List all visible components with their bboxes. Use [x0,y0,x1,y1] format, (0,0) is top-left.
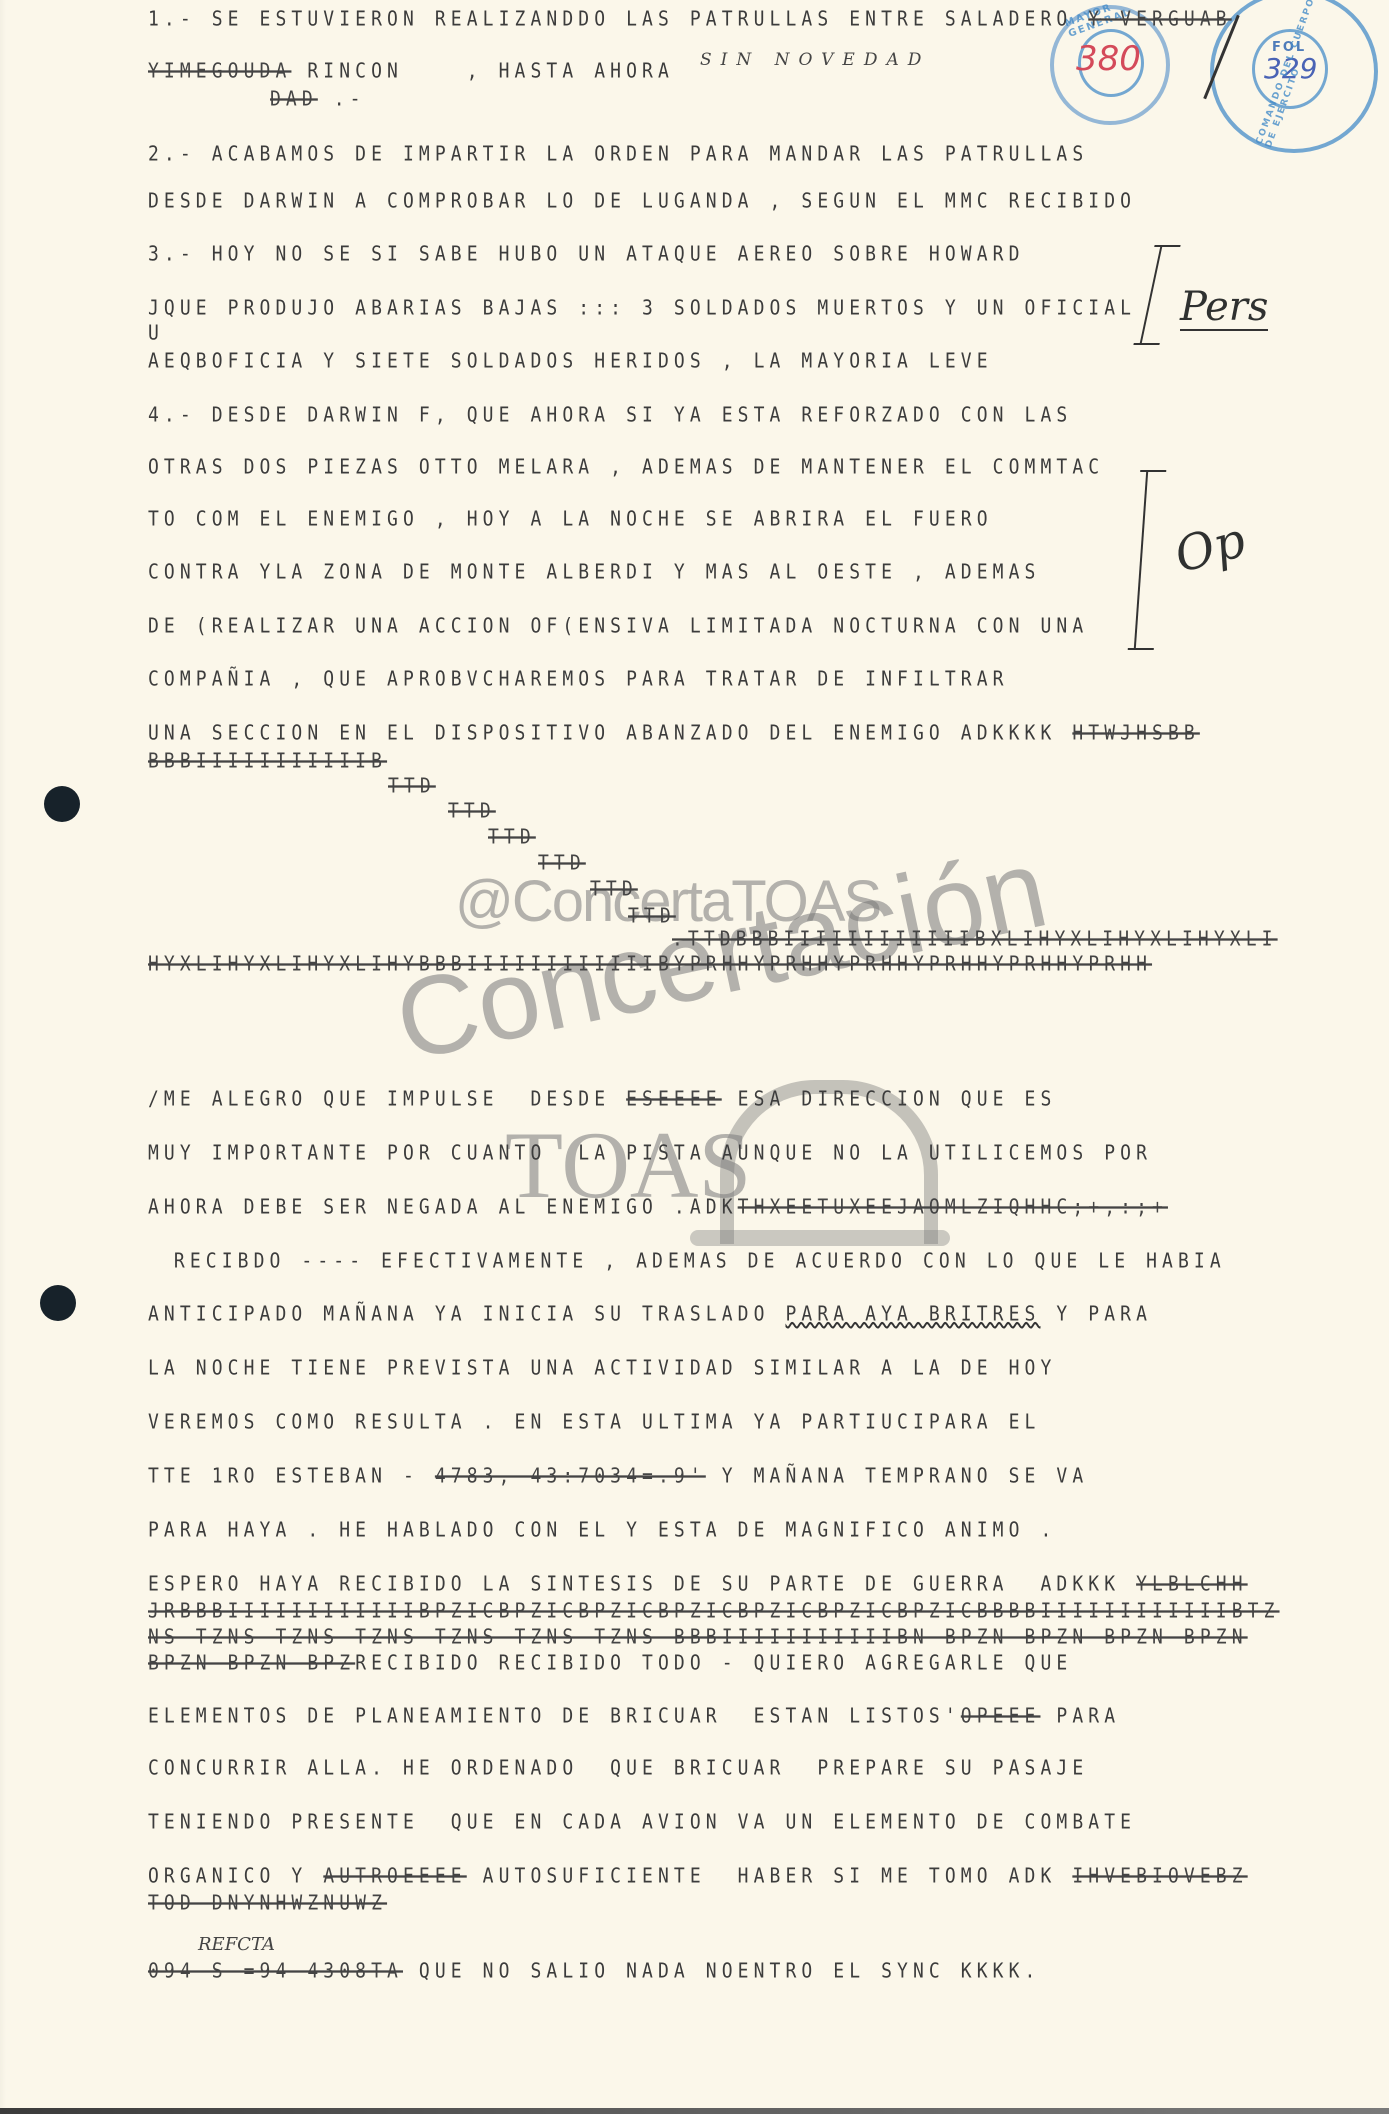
margin-note-pers: Pers [1180,285,1268,331]
punch-hole-bottom [40,1285,76,1321]
typed-line: TTD [628,905,676,928]
line-text: QUE NO SALIO NADA NOENTRO EL SYNC KKKK. [403,1959,1040,1983]
struck-text: AUTROEEEE [323,1864,466,1888]
typed-line: AEQBOFICIA Y SIETE SOLDADOS HERIDOS , LA… [148,350,993,373]
punch-hole-top [44,786,80,822]
typed-line: DE (REALIZAR UNA ACCION OF(ENSIVA LIMITA… [148,615,1088,638]
struck-text: .TTDBBBIIIIIIIIIIIIBXLIHYXLIHYXLIHYXLI [672,927,1278,951]
struck-text: DAD [270,87,318,111]
line-text: JQUE PRODUJO ABARIAS BAJAS ::: 3 SOLDADO… [148,296,1136,320]
line-text: ESPERO HAYA RECIBIDO LA SINTESIS DE SU P… [148,1572,1136,1596]
struck-text: 094 S-=94 4308TA [148,1959,403,1983]
line-text: TTE 1RO ESTEBAN - [148,1464,435,1488]
line-text: ELEMENTOS DE PLANEAMIENTO DE BRICUAR EST… [148,1704,961,1728]
line-text: OTRAS DOS PIEZAS OTTO MELARA , ADEMAS DE… [148,455,1104,479]
line-text: Y PARA [1040,1302,1152,1326]
line-text: CONCURRIR ALLA. HE ORDENADO QUE BRICUAR … [148,1756,1088,1780]
margin-note-op: Op [1169,512,1251,584]
line-text: 2.- ACABAMOS DE IMPARTIR LA ORDEN PARA M… [148,142,1088,166]
typed-line: CONTRA YLA ZONA DE MONTE ALBERDI Y MAS A… [148,561,1040,584]
struck-text: TTD [488,825,536,849]
line-text: /ME ALEGRO QUE IMPULSE DESDE [148,1087,626,1111]
typed-line: HYXLIHYXLIHYXLIHYBBBIIIIIIIIIIIIBYPRHHYP… [148,953,1152,976]
struck-text: Y VERGUAB [1088,7,1231,31]
typed-line: JQUE PRODUJO ABARIAS BAJAS ::: 3 SOLDADO… [148,297,1136,320]
typed-line: U [148,322,164,345]
typed-line: COMPAÑIA , QUE APROBVCHAREMOS PARA TRATA… [148,668,1009,691]
typed-line: DESDE DARWIN A COMPROBAR LO DE LUGANDA ,… [148,190,1136,213]
struck-text: TTD [590,877,638,901]
line-text: Y MAÑANA TEMPRANO SE VA [706,1464,1089,1488]
struck-text: TTD [628,904,676,928]
stamp-left-number: 380 [1076,39,1141,79]
typed-line: TO COM EL ENEMIGO , HOY A LA NOCHE SE AB… [148,508,993,531]
line-text: PARA HAYA . HE HABLADO CON EL Y ESTA DE … [148,1518,1056,1542]
line-text: U [148,321,164,345]
typed-line: MUY IMPORTANTE POR CUANTO LA PISTA AUNQU… [148,1142,1152,1165]
line-text: 1.- SE ESTUVIERON REALIZANDDO LAS PATRUL… [148,7,1088,31]
struck-text: YIMEGOUDA [148,59,291,83]
margin-bracket-pers [1139,245,1162,345]
line-text: AEQBOFICIA Y SIETE SOLDADOS HERIDOS , LA… [148,349,993,373]
typed-line: TOD DNYNHWZNUWZ [148,1892,387,1915]
line-text: COMPAÑIA , QUE APROBVCHAREMOS PARA TRATA… [148,667,1009,691]
typed-line: TTD [538,852,586,875]
struck-text: HYXLIHYXLIHYXLIHYBBBIIIIIIIIIIIIBYPRHHYP… [148,952,1152,976]
scan-bottom-edge [0,2108,1389,2114]
line-text: RECIBIDO RECIBIDO TODO - QUIERO AGREGARL… [355,1651,1072,1675]
struck-text: TTD [388,774,436,798]
line-text: ESA DIRECCION QUE ES [722,1087,1057,1111]
typed-line: RECIBDO ---- EFECTIVAMENTE , ADEMAS DE A… [158,1250,1226,1273]
scanned-document-page: @ConcertaTOAS Concertación TOAS 380 MAYO… [0,0,1389,2114]
typed-line: 094 S-=94 4308TA QUE NO SALIO NADA NOENT… [148,1960,1040,1983]
typed-line: PARA HAYA . HE HABLADO CON EL Y ESTA DE … [148,1519,1056,1542]
typed-line: 4.- DESDE DARWIN F, QUE AHORA SI YA ESTA… [148,404,1072,427]
handwritten-sin-novedad: SIN NOVEDAD [700,50,930,70]
typed-line: ESPERO HAYA RECIBIDO LA SINTESIS DE SU P… [148,1573,1248,1596]
line-text: RINCON , HASTA AHORA [291,59,674,83]
typed-line: JRBBBIIIIIIIIIIIIBPZICBPZICBPZICBPZICBPZ… [148,1600,1280,1623]
line-text: AHORA DEBE SER NEGADA AL ENEMIGO .ADK [148,1195,738,1219]
line-text: 4.- DESDE DARWIN F, QUE AHORA SI YA ESTA… [148,403,1072,427]
line-text: TO COM EL ENEMIGO , HOY A LA NOCHE SE AB… [148,507,993,531]
typed-line: OTRAS DOS PIEZAS OTTO MELARA , ADEMAS DE… [148,456,1104,479]
line-text: TENIENDO PRESENTE QUE EN CADA AVION VA U… [148,1810,1136,1834]
struck-text: TTD [448,799,496,823]
struck-text: HTWJHSBB [1072,721,1200,745]
struck-text: TOD DNYNHWZNUWZ [148,1891,387,1915]
line-text: PARA [1040,1704,1120,1728]
struck-text: JRBBBIIIIIIIIIIIIBPZICBPZICBPZICBPZICBPZ… [148,1599,1280,1623]
line-text: RECIBDO ---- EFECTIVAMENTE , ADEMAS DE A… [158,1249,1226,1273]
typed-line: TENIENDO PRESENTE QUE EN CADA AVION VA U… [148,1811,1136,1834]
typed-line: BPZN BPZN BPZRECIBIDO RECIBIDO TODO - QU… [148,1652,1072,1675]
typed-line: TTE 1RO ESTEBAN - 4783, 43:7034=.9' Y MA… [148,1465,1088,1488]
typed-line: .TTDBBBIIIIIIIIIIIIBXLIHYXLIHYXLIHYXLI [672,928,1278,951]
typed-line: CONCURRIR ALLA. HE ORDENADO QUE BRICUAR … [148,1757,1088,1780]
struck-text: BBBIIIIIIIIIIIB [148,749,387,773]
margin-bracket-op [1134,470,1149,650]
typed-line: DAD .- [270,88,366,111]
typed-line: BBBIIIIIIIIIIIB [148,750,387,773]
typed-line: ANTICIPADO MAÑANA YA INICIA SU TRASLADO … [148,1303,1152,1326]
typed-line: NS TZNS TZNS TZNS TZNS TZNS TZNS BBBIIII… [148,1626,1248,1649]
struck-text: THXEETUXEEJAOMLZIQHHC;+,:;+ [738,1195,1168,1219]
line-text: VEREMOS COMO RESULTA . EN ESTA ULTIMA YA… [148,1410,1040,1434]
struck-text: BPZN BPZN BPZ [148,1651,355,1675]
typed-line: 3.- HOY NO SE SI SABE HUBO UN ATAQUE AER… [148,243,1025,266]
line-text: ORGANICO Y [148,1864,323,1888]
struck-text: TTD [538,851,586,875]
typed-line: ELEMENTOS DE PLANEAMIENTO DE BRICUAR EST… [148,1705,1120,1728]
line-text: UNA SECCION EN EL DISPOSITIVO ABANZADO D… [148,721,1072,745]
line-text: ANTICIPADO MAÑANA YA INICIA SU TRASLADO [148,1302,785,1326]
typed-line: /ME ALEGRO QUE IMPULSE DESDE ESEEEE ESA … [148,1088,1056,1111]
watermark-helmet-brim [690,1230,950,1246]
typed-line: VEREMOS COMO RESULTA . EN ESTA ULTIMA YA… [148,1411,1040,1434]
typed-line: AHORA DEBE SER NEGADA AL ENEMIGO .ADKTHX… [148,1196,1168,1219]
typed-line: TTD [388,775,436,798]
handwritten-refcta: REFCTA [198,1934,275,1955]
typed-line: TTD [590,878,638,901]
struck-text: NS TZNS TZNS TZNS TZNS TZNS TZNS BBBIIII… [148,1625,1248,1649]
line-text: DE (REALIZAR UNA ACCION OF(ENSIVA LIMITA… [148,614,1088,638]
underlined-text: PARA AYA BRITRES [785,1302,1040,1326]
line-text: .- [318,87,366,111]
line-text: MUY IMPORTANTE POR CUANTO LA PISTA AUNQU… [148,1141,1152,1165]
line-text: CONTRA YLA ZONA DE MONTE ALBERDI Y MAS A… [148,560,1040,584]
line-text: 3.- HOY NO SE SI SABE HUBO UN ATAQUE AER… [148,242,1025,266]
struck-text: OPEEE [961,1704,1041,1728]
struck-text: YLBLCHH [1136,1572,1248,1596]
struck-text: 4783, 43:7034=.9' [435,1464,706,1488]
typed-line: UNA SECCION EN EL DISPOSITIVO ABANZADO D… [148,722,1200,745]
struck-text: ESEEEE [626,1087,722,1111]
typed-line: LA NOCHE TIENE PREVISTA UNA ACTIVIDAD SI… [148,1357,1056,1380]
typed-line: YIMEGOUDA RINCON , HASTA AHORA [148,60,674,83]
typed-line: TTD [488,826,536,849]
typed-line: ORGANICO Y AUTROEEEE AUTOSUFICIENTE HABE… [148,1865,1248,1888]
struck-text: IHVEBIOVEBZ [1072,1864,1247,1888]
line-text: AUTOSUFICIENTE HABER SI ME TOMO ADK [467,1864,1073,1888]
typed-line: 2.- ACABAMOS DE IMPARTIR LA ORDEN PARA M… [148,143,1088,166]
typed-line: TTD [448,800,496,823]
line-text: LA NOCHE TIENE PREVISTA UNA ACTIVIDAD SI… [148,1356,1056,1380]
typed-line: 1.- SE ESTUVIERON REALIZANDDO LAS PATRUL… [148,8,1232,31]
line-text: DESDE DARWIN A COMPROBAR LO DE LUGANDA ,… [148,189,1136,213]
